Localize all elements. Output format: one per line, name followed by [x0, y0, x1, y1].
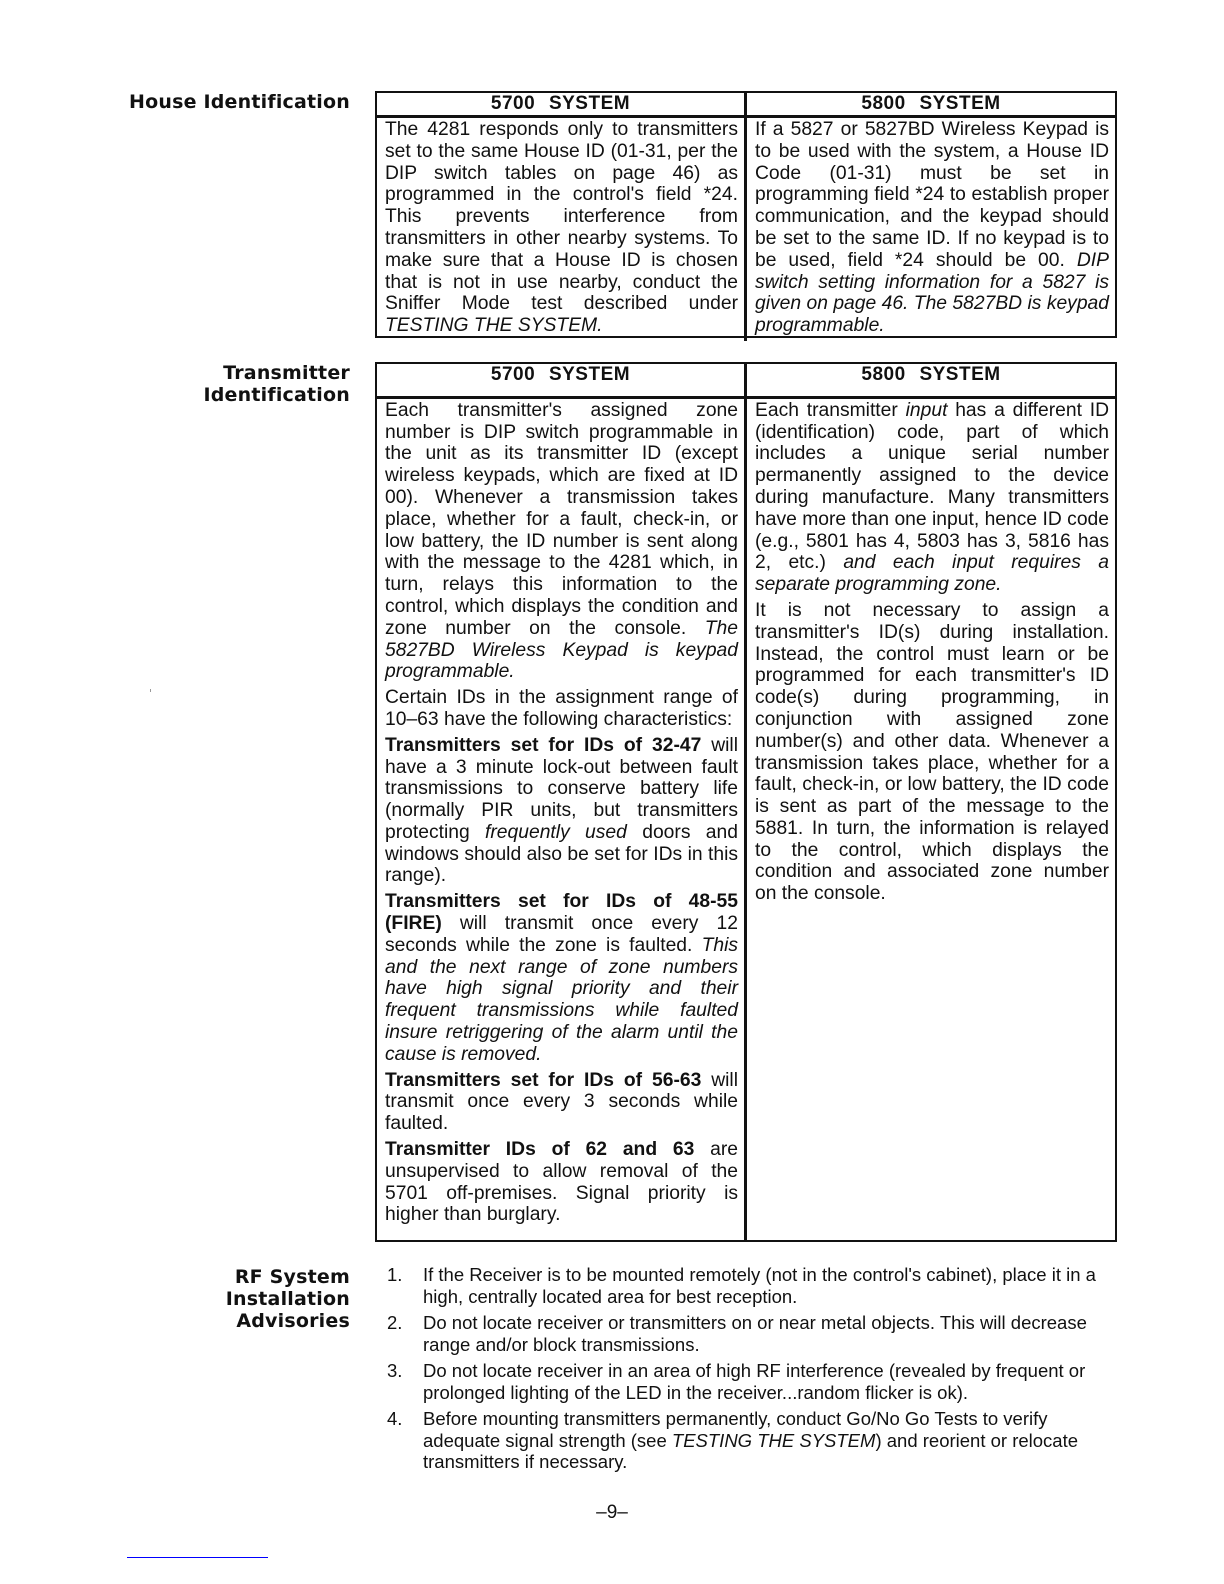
text: has a different ID (identification) code…	[755, 400, 1109, 574]
item-number: 2.	[385, 1312, 423, 1355]
transmitter-id-5800-cell: Each transmitter input has a different I…	[747, 399, 1115, 1240]
footnote-rule	[127, 1557, 268, 1558]
text: If a 5827 or 5827BD Wireless Keypad is t…	[755, 119, 1109, 271]
paragraph: If a 5827 or 5827BD Wireless Keypad is t…	[755, 119, 1109, 337]
transmitter-id-5700-header: 5700 SYSTEM	[377, 364, 747, 399]
label-text: House Identification	[129, 91, 350, 113]
list-item: 1. If the Receiver is to be mounted remo…	[385, 1264, 1110, 1307]
text: Each transmitter	[755, 400, 906, 421]
label-line: Installation	[226, 1288, 350, 1310]
section-label-rf-advisories: RF System Installation Advisories	[226, 1266, 350, 1332]
italic-text: input	[906, 400, 948, 421]
house-id-5700-header: 5700 SYSTEM	[377, 93, 747, 118]
item-number: 1.	[385, 1264, 423, 1307]
paragraph: Each transmitter input has a different I…	[755, 400, 1109, 596]
cross-reference: TESTING THE SYSTEM.	[385, 315, 602, 336]
page-number: –9–	[0, 1502, 1224, 1524]
text: It is not necessary to assign a transmit…	[755, 600, 1109, 904]
advisories-list: 1. If the Receiver is to be mounted remo…	[385, 1264, 1110, 1478]
item-number: 3.	[385, 1360, 423, 1403]
paragraph: The 4281 responds only to transmitters s…	[385, 119, 738, 337]
text: The 4281 responds only to transmitters s…	[385, 119, 738, 314]
house-id-5800-cell: If a 5827 or 5827BD Wireless Keypad is t…	[747, 118, 1115, 341]
text: Certain IDs in the assignment range of 1…	[385, 687, 738, 730]
paragraph: Transmitters set for IDs of 32-47 will h…	[385, 735, 738, 888]
list-item: 3. Do not locate receiver in an area of …	[385, 1360, 1110, 1403]
item-text: If the Receiver is to be mounted remotel…	[423, 1264, 1110, 1307]
item-text: Do not locate receiver in an area of hig…	[423, 1360, 1110, 1403]
bold-lead: Transmitters set for IDs of 56-63	[385, 1070, 701, 1091]
list-item: 2. Do not locate receiver or transmitter…	[385, 1312, 1110, 1355]
item-text: Do not locate receiver or transmitters o…	[423, 1312, 1110, 1355]
transmitter-id-5700-cell: Each transmitter's assigned zone number …	[377, 399, 747, 1240]
house-id-5700-cell: The 4281 responds only to transmitters s…	[377, 118, 747, 341]
scan-speck	[150, 689, 151, 692]
paragraph: Each transmitter's assigned zone number …	[385, 400, 738, 683]
list-item: 4. Before mounting transmitters permanen…	[385, 1408, 1110, 1473]
house-id-5800-header: 5800 SYSTEM	[747, 93, 1115, 118]
house-id-table: 5700 SYSTEM 5800 SYSTEM The 4281 respond…	[375, 91, 1117, 338]
section-label-transmitter-identification: Transmitter Identification	[203, 362, 350, 406]
paragraph: Transmitters set for IDs of 48-55 (FIRE)…	[385, 891, 738, 1065]
paragraph: It is not necessary to assign a transmit…	[755, 600, 1109, 905]
paragraph: Transmitters set for IDs of 56-63 will t…	[385, 1070, 738, 1135]
paragraph: Transmitter IDs of 62 and 63 are unsuper…	[385, 1139, 738, 1226]
item-number: 4.	[385, 1408, 423, 1473]
label-line: Advisories	[226, 1310, 350, 1332]
transmitter-id-table: 5700 SYSTEM 5800 SYSTEM Each transmitter…	[375, 362, 1117, 1242]
section-label-house-identification: House Identification	[129, 91, 350, 113]
text: Each transmitter's assigned zone number …	[385, 400, 738, 639]
transmitter-id-5800-header: 5800 SYSTEM	[747, 364, 1115, 399]
cross-reference: TESTING THE SYSTEM	[672, 1430, 876, 1451]
label-line: Identification	[203, 384, 350, 406]
bold-lead: Transmitters set for IDs of 32-47	[385, 735, 701, 756]
bold-lead: Transmitter IDs of 62 and 63	[385, 1139, 694, 1160]
italic-text: frequently used	[485, 822, 627, 843]
label-line: RF System	[226, 1266, 350, 1288]
item-text: Before mounting transmitters permanently…	[423, 1408, 1110, 1473]
paragraph: Certain IDs in the assignment range of 1…	[385, 687, 738, 731]
label-line: Transmitter	[203, 362, 350, 384]
